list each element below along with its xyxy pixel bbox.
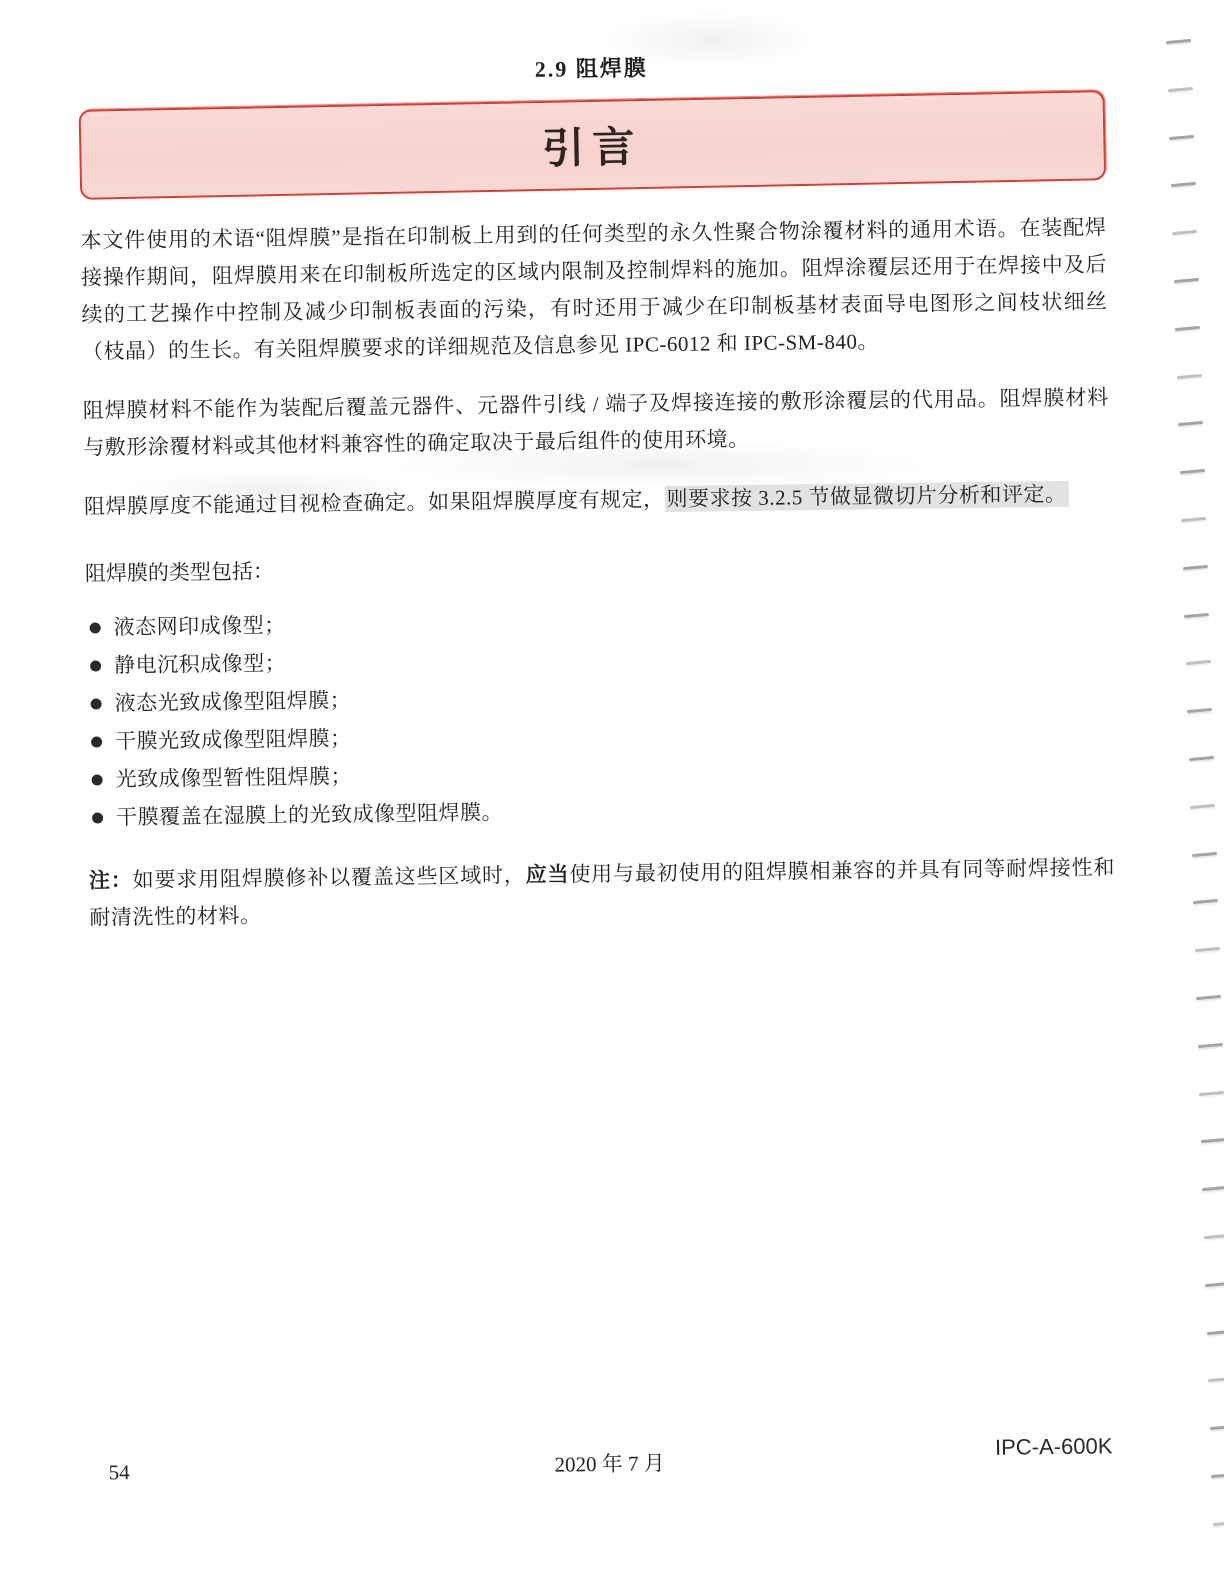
binding-mark (1182, 565, 1207, 570)
list-item-label: 干膜覆盖在湿膜上的光致成像型阻焊膜。 (116, 800, 503, 829)
list-item-label: 干膜光致成像型阻焊膜； (115, 726, 352, 753)
binding-mark (1169, 135, 1194, 140)
note-bold-term: 应当 (526, 862, 570, 887)
list-item-label: 液态光致成像型阻焊膜； (114, 688, 351, 715)
binding-mark (1191, 852, 1216, 857)
binding-mark (1176, 374, 1201, 379)
list-intro: 阻焊膜的类型包括： (85, 542, 1111, 592)
binding-mark (1211, 1473, 1224, 1478)
binding-mark (1208, 1377, 1224, 1382)
paragraph-thickness: 阻焊膜厚度不能通过目视检查确定。如果阻焊膜厚度有规定，则要求按 3.2.5 节做… (84, 475, 1110, 525)
paragraph-thickness-highlight: 则要求按 3.2.5 节做显微切片分析和评定。 (664, 481, 1068, 512)
bullet-icon (90, 660, 101, 671)
document-page: 2.9 阻焊膜 引言 本文件使用的术语“阻焊膜”是指在印制板上用到的任何类型的永… (78, 35, 1123, 1528)
bullet-icon (91, 736, 102, 747)
list-item-label: 液态网印成像型； (113, 613, 285, 639)
binding-mark (1194, 947, 1219, 952)
binding-mark (1167, 87, 1192, 92)
binding-mark (1212, 1521, 1224, 1526)
note-text-before: 如要求用阻焊膜修补以覆盖这些区域时， (132, 863, 525, 892)
binding-mark (1196, 995, 1221, 1000)
binding-mark (1172, 230, 1197, 235)
list-item-label: 静电沉积成像型； (114, 651, 286, 677)
binding-mark (1166, 39, 1191, 44)
paragraph-terminology: 本文件使用的术语“阻焊膜”是指在印制板上用到的任何类型的永久性聚合物涂覆材料的通… (80, 209, 1108, 370)
binding-mark (1200, 1138, 1224, 1143)
solder-mask-type-list: 液态网印成像型； 静电沉积成像型； 液态光致成像型阻焊膜； 干膜光致成像型阻焊膜… (85, 595, 1114, 836)
bullet-icon (92, 812, 103, 823)
note-paragraph: 注：如要求用阻焊膜修补以覆盖这些区域时，应当使用与最初使用的阻焊膜相兼容的并具有… (89, 849, 1116, 936)
binding-mark (1209, 1425, 1224, 1430)
binding-mark (1185, 660, 1210, 665)
bullet-icon (92, 774, 103, 785)
bullet-icon (90, 622, 101, 633)
binding-mark (1170, 182, 1195, 187)
note-label: 注： (89, 868, 133, 893)
binding-mark (1205, 1282, 1224, 1287)
paragraph-thickness-text: 阻焊膜厚度不能通过目视检查确定。如果阻焊膜厚度有规定， (84, 487, 665, 519)
binding-mark (1175, 326, 1200, 331)
binding-mark (1203, 1234, 1224, 1239)
binding-mark (1188, 756, 1213, 761)
binding-mark (1197, 1043, 1222, 1048)
binding-mark (1179, 469, 1204, 474)
page-footer: 54 2020 年 7 月 IPC-A-600K (96, 1433, 1122, 1486)
binding-mark (1190, 804, 1215, 809)
binding-mark (1178, 421, 1203, 426)
binding-mark (1173, 278, 1198, 283)
paragraph-substitute: 阻焊膜材料不能作为装配后覆盖元器件、元器件引线 / 端子及焊接连接的敷形涂覆层的… (83, 379, 1110, 466)
footer-date: 2020 年 7 月 (96, 1441, 1122, 1484)
binding-mark (1202, 1186, 1224, 1191)
document-number: IPC-A-600K (995, 1433, 1113, 1461)
binding-mark (1187, 708, 1212, 713)
binding-mark (1199, 1091, 1224, 1096)
binding-mark (1184, 613, 1209, 618)
binding-mark (1206, 1330, 1224, 1335)
section-header: 2.9 阻焊膜 (78, 45, 1104, 89)
binding-mark (1181, 517, 1206, 522)
binding-mark (1193, 899, 1218, 904)
introduction-banner: 引言 (79, 90, 1107, 200)
bullet-icon (91, 698, 102, 709)
banner-title: 引言 (542, 114, 643, 176)
list-item-label: 光致成像型暂性阻焊膜； (115, 764, 352, 791)
